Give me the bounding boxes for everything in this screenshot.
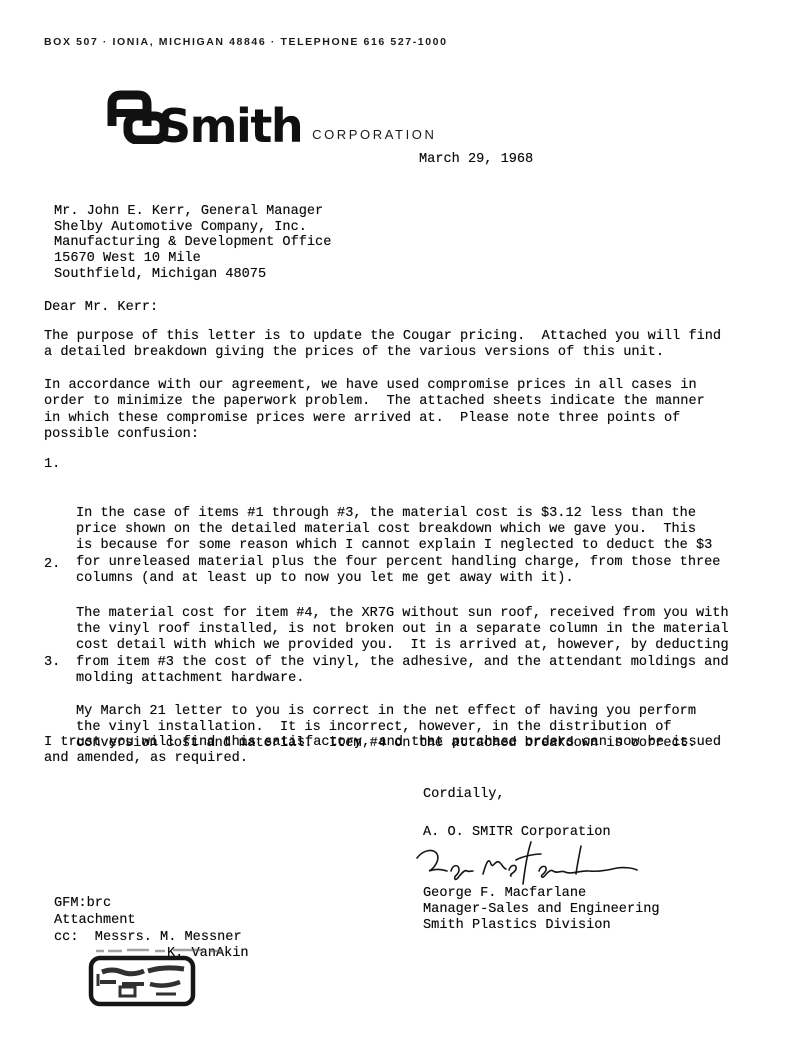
valediction: Cordially, bbox=[423, 787, 505, 803]
ink-stamp bbox=[86, 944, 236, 1017]
list-item-3-number: 3. bbox=[44, 655, 60, 671]
salutation: Dear Mr. Kerr: bbox=[44, 300, 158, 316]
list-item-1-number: 1. bbox=[44, 457, 60, 473]
logo-smith-text: Smith bbox=[158, 103, 302, 149]
recipient-address: Mr. John E. Kerr, General Manager Shelby… bbox=[54, 204, 331, 283]
list-item-2-number: 2. bbox=[44, 557, 60, 573]
logo-corporation-text: CORPORATION bbox=[312, 127, 436, 142]
letterhead-address-line: BOX 507 · IONIA, MICHIGAN 48846 · TELEPH… bbox=[44, 36, 448, 48]
letter-page: BOX 507 · IONIA, MICHIGAN 48846 · TELEPH… bbox=[0, 0, 794, 1056]
ao-smith-logo: Smith CORPORATION bbox=[100, 86, 437, 149]
attachment-note: Attachment bbox=[54, 913, 136, 929]
closing-paragraph: I trust you will find this satisfactory,… bbox=[44, 735, 721, 768]
paragraph-1: The purpose of this letter is to update … bbox=[44, 329, 721, 362]
signer-division: Smith Plastics Division bbox=[423, 918, 611, 934]
signer-name: George F. Macfarlane bbox=[423, 886, 586, 902]
signer-title: Manager-Sales and Engineering bbox=[423, 902, 660, 918]
letter-date: March 29, 1968 bbox=[419, 152, 533, 168]
paragraph-2: In accordance with our agreement, we hav… bbox=[44, 378, 705, 443]
typist-initials: GFM:brc bbox=[54, 896, 111, 912]
